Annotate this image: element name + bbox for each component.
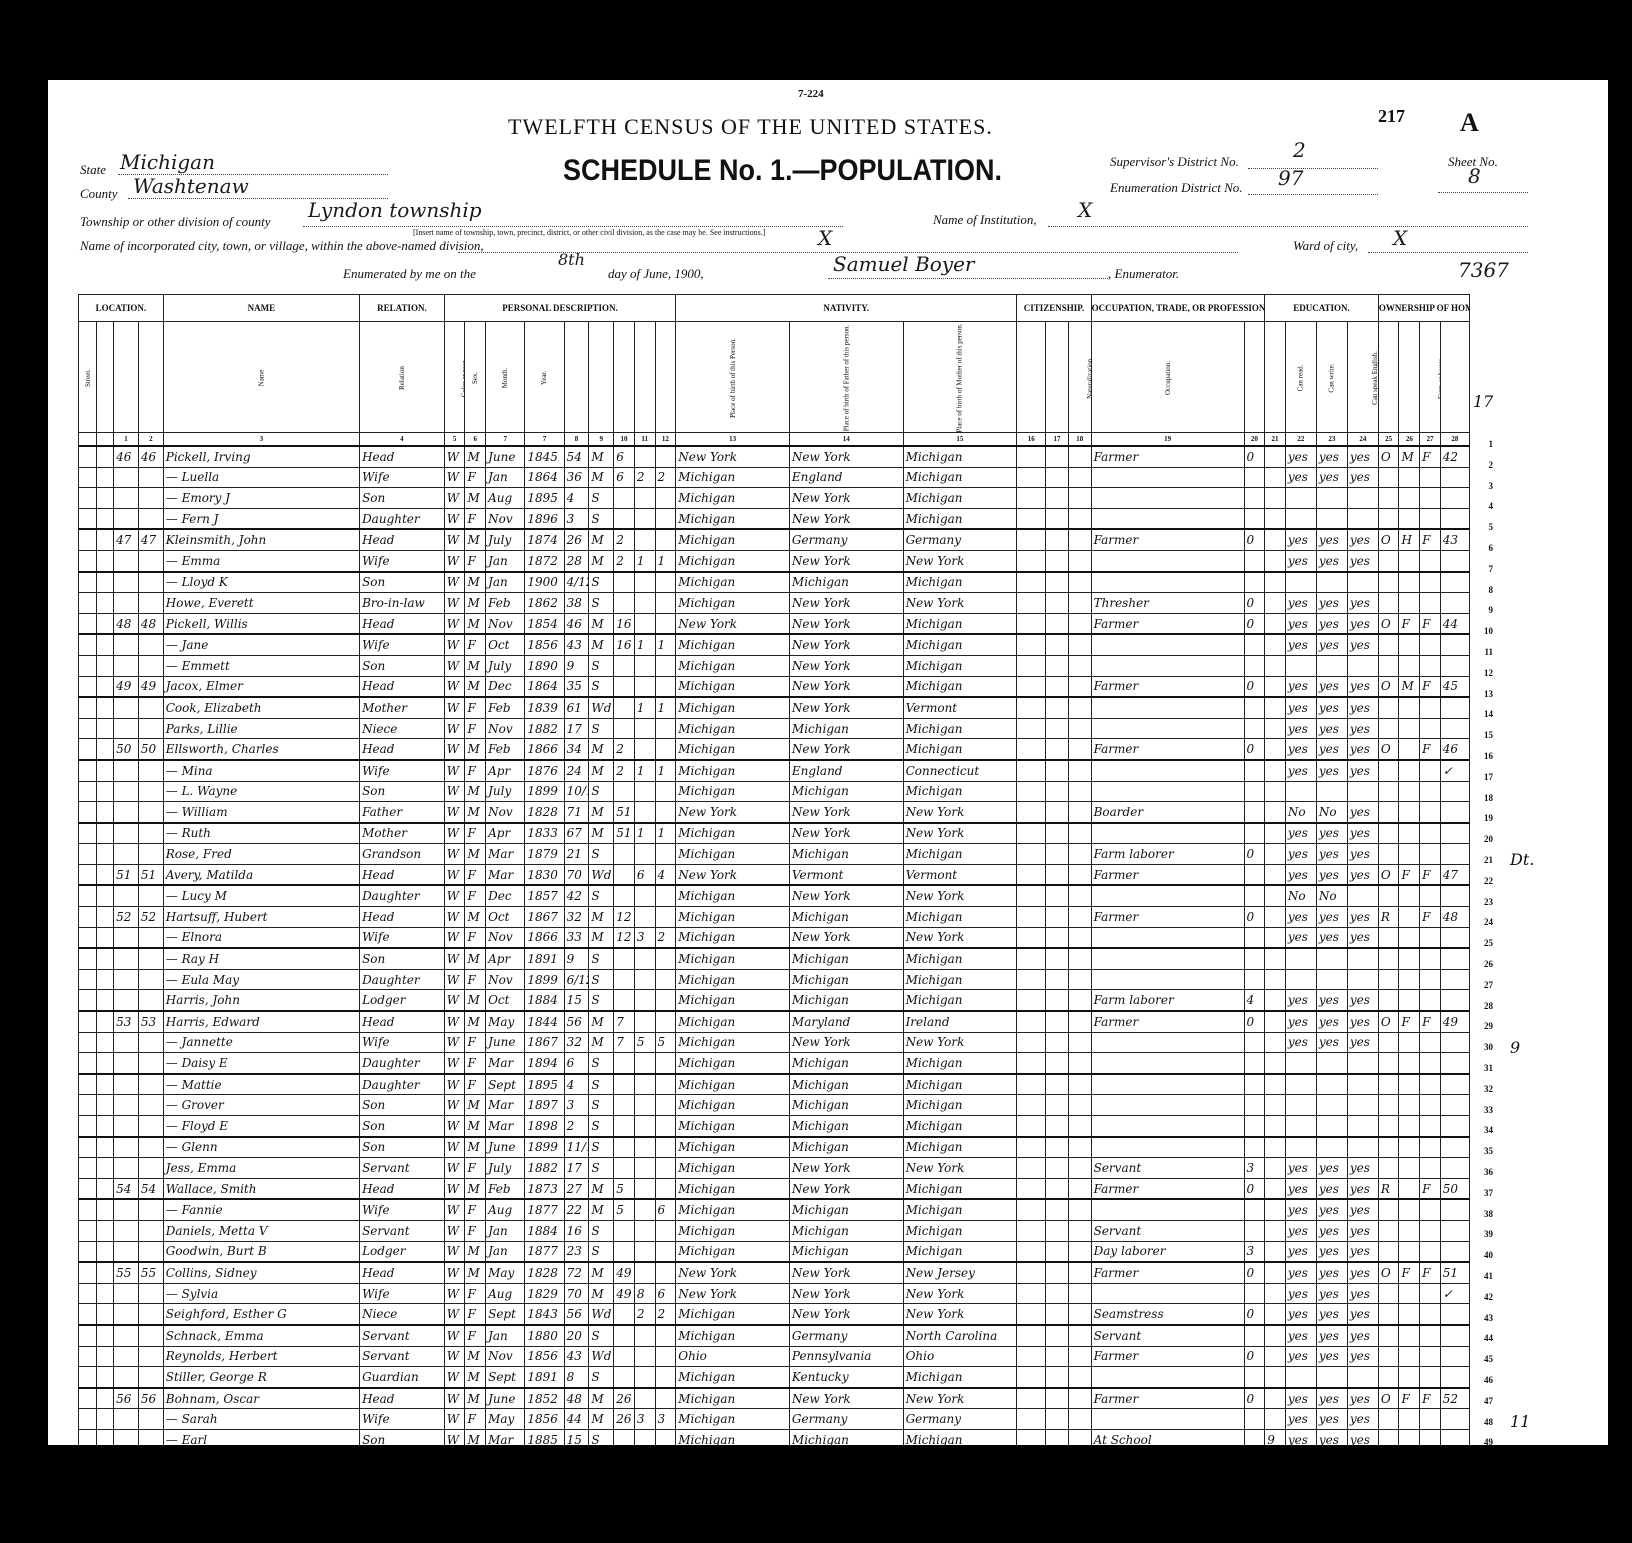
cell-occ (1091, 697, 1244, 718)
cell-dw: 54 (114, 1178, 139, 1199)
cell-race: W (444, 844, 465, 865)
cell-free (1399, 1325, 1420, 1346)
table-row: Stiller, George RGuardianWMSept18918SMic… (79, 1367, 1470, 1388)
cell-race: W (444, 467, 465, 488)
cell-rel: Wife (360, 634, 445, 655)
group-education: EDUCATION. (1265, 295, 1379, 322)
cell-eng (1347, 1095, 1378, 1116)
cell-own (1378, 1158, 1399, 1179)
cell-liv: 1 (655, 823, 676, 844)
cell-own (1378, 1409, 1399, 1430)
cell-month: Mar (486, 1053, 525, 1074)
cell-write: yes (1316, 613, 1347, 634)
cell-pob: Michigan (676, 1074, 790, 1095)
cell-fpob: Michigan (789, 948, 903, 969)
table-row: 4646Pickell, IrvingHeadWMJune184554M6New… (79, 446, 1470, 467)
cell-month: July (486, 529, 525, 550)
cell-moth (634, 1346, 655, 1367)
cell-empty (1017, 655, 1046, 676)
cell-moth (634, 1116, 655, 1137)
cell-empty (1068, 634, 1091, 655)
cell-dw: 51 (114, 864, 139, 885)
cell-fam: 46 (138, 446, 163, 467)
cell-unemp: 0 (1244, 676, 1265, 697)
cell-own (1378, 990, 1399, 1011)
cell-empty (1017, 1158, 1046, 1179)
cell-own (1378, 572, 1399, 593)
cell-year: 1899 (525, 969, 564, 990)
cell-yrs (614, 488, 635, 509)
cell-race: W (444, 760, 465, 781)
line-number: 44 (1473, 1333, 1493, 1343)
cell-empty (1017, 1409, 1046, 1430)
enumeration-label: Enumeration District No. (1110, 180, 1243, 196)
cell-dw (114, 467, 139, 488)
cell-year: 1828 (525, 1262, 564, 1283)
cell-empty (1017, 593, 1046, 614)
cell-fam (138, 823, 163, 844)
cell-age: 61 (564, 697, 589, 718)
cell-empty (1017, 781, 1046, 802)
cell-liv (655, 1178, 676, 1199)
cell-fpob: New York (789, 697, 903, 718)
cell-year: 1867 (525, 907, 564, 928)
cell-age: 10/12 (564, 781, 589, 802)
table-row: 5555Collins, SidneyHeadWMMay182872M49New… (79, 1262, 1470, 1283)
cell-sex: M (465, 446, 486, 467)
cell-read: yes (1285, 823, 1316, 844)
cell-mpob: Connecticut (903, 760, 1017, 781)
cell-empty (1017, 529, 1046, 550)
cell-ms: S (589, 1095, 614, 1116)
cell-occ (1091, 927, 1244, 948)
cell-sch (1265, 634, 1286, 655)
cell-eng: yes (1347, 1241, 1378, 1262)
cell-farm (1420, 781, 1441, 802)
cell-sch (1265, 864, 1286, 885)
cell-empty (1046, 1304, 1069, 1325)
cell-empty (1068, 1241, 1091, 1262)
cell-sex: M (465, 1262, 486, 1283)
cell-rel: Lodger (360, 990, 445, 1011)
cell-write (1316, 488, 1347, 509)
cell-occ: Boarder (1091, 802, 1244, 823)
cell-sched: 52 (1440, 1388, 1469, 1409)
line-number: 20 (1473, 834, 1493, 844)
cell-year: 1877 (525, 1241, 564, 1262)
cell-age: 9 (564, 948, 589, 969)
cell-sex: M (465, 844, 486, 865)
cell-unemp (1244, 488, 1265, 509)
cell-empty (96, 1388, 114, 1409)
cell-free (1399, 1304, 1420, 1325)
cell-eng: yes (1347, 1388, 1378, 1409)
cell-sch (1265, 969, 1286, 990)
township-value: Lyndon township (308, 198, 482, 222)
cell-eng: yes (1347, 1220, 1378, 1241)
cell-rel: Son (360, 1095, 445, 1116)
cell-eng: yes (1347, 864, 1378, 885)
cell-fam (138, 1325, 163, 1346)
cell-mpob: Michigan (903, 1116, 1017, 1137)
cell-farm (1420, 550, 1441, 571)
cell-sex: M (465, 1011, 486, 1032)
cell-race: W (444, 885, 465, 906)
cell-liv: 6 (655, 1199, 676, 1220)
table-row: 5454Wallace, SmithHeadWMFeb187327M5Michi… (79, 1178, 1470, 1199)
table-row: Daniels, Metta VServantWFJan188416SMichi… (79, 1220, 1470, 1241)
cell-write: yes (1316, 760, 1347, 781)
cell-empty (1046, 739, 1069, 760)
cell-month: Dec (486, 885, 525, 906)
cell-empty (1068, 1158, 1091, 1179)
cell-write: yes (1316, 1304, 1347, 1325)
cell-farm (1420, 593, 1441, 614)
cell-sex: F (465, 697, 486, 718)
cell-year: 1879 (525, 844, 564, 865)
cell-rel: Wife (360, 550, 445, 571)
column-number: 25 (1378, 433, 1399, 447)
cell-age: 15 (564, 990, 589, 1011)
cell-empty (79, 634, 97, 655)
cell-sex: F (465, 1325, 486, 1346)
cell-pob: New York (676, 446, 790, 467)
cell-pob: Michigan (676, 1095, 790, 1116)
line-number: 35 (1473, 1146, 1493, 1156)
cell-sch (1265, 1095, 1286, 1116)
cell-race: W (444, 1158, 465, 1179)
cell-ms: S (589, 1137, 614, 1158)
cell-own (1378, 697, 1399, 718)
cell-month: Apr (486, 948, 525, 969)
cell-eng: yes (1347, 1346, 1378, 1367)
cell-own (1378, 823, 1399, 844)
cell-rel: Wife (360, 467, 445, 488)
cell-sex: M (465, 593, 486, 614)
cell-sch (1265, 990, 1286, 1011)
cell-age: 67 (564, 823, 589, 844)
table-row: — Ray HSonWMApr18919SMichiganMichiganMic… (79, 948, 1470, 969)
cell-write: yes (1316, 718, 1347, 739)
cell-rel: Head (360, 864, 445, 885)
cell-sex: F (465, 1032, 486, 1053)
cell-empty (96, 1409, 114, 1430)
cell-race: W (444, 802, 465, 823)
column-header: Attended school (in months). (1265, 322, 1286, 433)
cell-empty (1017, 823, 1046, 844)
cell-rel: Servant (360, 1346, 445, 1367)
cell-occ: Farmer (1091, 1346, 1244, 1367)
cell-empty (1046, 634, 1069, 655)
cell-moth (634, 1158, 655, 1179)
column-header: Can read. (1285, 322, 1316, 433)
cell-write (1316, 1053, 1347, 1074)
cell-moth (634, 802, 655, 823)
cell-fpob: Michigan (789, 1074, 903, 1095)
column-number: 3 (163, 433, 359, 447)
cell-empty (96, 927, 114, 948)
cell-sch (1265, 1199, 1286, 1220)
cell-sch (1265, 1241, 1286, 1262)
cell-empty (1046, 990, 1069, 1011)
cell-eng: yes (1347, 613, 1378, 634)
line-number: 10 (1473, 626, 1493, 636)
cell-empty (96, 1262, 114, 1283)
cell-empty (1068, 529, 1091, 550)
cell-fpob: New York (789, 1262, 903, 1283)
cell-mpob: New York (903, 1304, 1017, 1325)
cell-month: Feb (486, 593, 525, 614)
cell-month: Jan (486, 550, 525, 571)
cell-empty (79, 802, 97, 823)
cell-year: 1890 (525, 655, 564, 676)
cell-own (1378, 488, 1399, 509)
cell-write: yes (1316, 1178, 1347, 1199)
cell-pob: Michigan (676, 508, 790, 529)
cell-sched: ✓ (1440, 760, 1469, 781)
cell-name: — Fern J (163, 508, 359, 529)
cell-month: Oct (486, 634, 525, 655)
cell-fpob: Michigan (789, 844, 903, 865)
cell-empty (1017, 1095, 1046, 1116)
cell-read (1285, 1367, 1316, 1388)
cell-empty (79, 676, 97, 697)
cell-race: W (444, 508, 465, 529)
enumeration-value: 97 (1278, 166, 1303, 190)
cell-own: O (1378, 529, 1399, 550)
cell-month: Nov (486, 969, 525, 990)
cell-eng (1347, 969, 1378, 990)
cell-pob: Michigan (676, 1241, 790, 1262)
cell-fpob: Michigan (789, 718, 903, 739)
cell-yrs: 2 (614, 760, 635, 781)
cell-mpob: Michigan (903, 1095, 1017, 1116)
census-title: TWELFTH CENSUS OF THE UNITED STATES. (508, 114, 993, 140)
cell-month: Nov (486, 927, 525, 948)
cell-fpob: Maryland (789, 1011, 903, 1032)
cell-fam (138, 1095, 163, 1116)
cell-own (1378, 1346, 1399, 1367)
cell-occ: Farmer (1091, 739, 1244, 760)
cell-own (1378, 1116, 1399, 1137)
cell-occ: Servant (1091, 1220, 1244, 1241)
cell-eng (1347, 1137, 1378, 1158)
cell-read: yes (1285, 990, 1316, 1011)
column-header: Year. (525, 322, 564, 433)
cell-fpob: New York (789, 885, 903, 906)
cell-ms: S (589, 1367, 614, 1388)
cell-year: 1830 (525, 864, 564, 885)
cell-age: 4 (564, 488, 589, 509)
cell-farm (1420, 760, 1441, 781)
cell-farm: F (1420, 446, 1441, 467)
cell-mpob: Michigan (903, 488, 1017, 509)
cell-age: 38 (564, 593, 589, 614)
cell-fpob: New York (789, 1304, 903, 1325)
cell-age: 71 (564, 802, 589, 823)
cell-unemp (1244, 1095, 1265, 1116)
cell-empty (79, 446, 97, 467)
cell-race: W (444, 1116, 465, 1137)
cell-occ (1091, 550, 1244, 571)
table-row: — Floyd ESonWMMar18982SMichiganMichiganM… (79, 1116, 1470, 1137)
cell-free (1399, 802, 1420, 823)
cell-empty (1068, 446, 1091, 467)
cell-yrs (614, 1137, 635, 1158)
cell-eng: yes (1347, 802, 1378, 823)
cell-sex: M (465, 655, 486, 676)
cell-race: W (444, 1241, 465, 1262)
line-number: 8 (1473, 585, 1493, 595)
cell-age: 34 (564, 739, 589, 760)
cell-occ (1091, 1116, 1244, 1137)
cell-empty (79, 1032, 97, 1053)
table-row: — GlennSonWMJune189911/12SMichiganMichig… (79, 1137, 1470, 1158)
cell-empty (79, 508, 97, 529)
cell-empty (1068, 613, 1091, 634)
cell-sch (1265, 488, 1286, 509)
cell-write (1316, 969, 1347, 990)
table-row: 5656Bohnam, OscarHeadWMJune185248M26Mich… (79, 1388, 1470, 1409)
cell-name: — Sylvia (163, 1283, 359, 1304)
cell-empty (1046, 1262, 1069, 1283)
cell-farm (1420, 1241, 1441, 1262)
cell-sched: 46 (1440, 739, 1469, 760)
cell-empty (79, 760, 97, 781)
cell-empty (96, 655, 114, 676)
cell-empty (1017, 1011, 1046, 1032)
cell-fam (138, 488, 163, 509)
cell-free (1399, 1367, 1420, 1388)
cell-sex: F (465, 1053, 486, 1074)
page-number: 217 (1378, 106, 1405, 127)
column-header: Place of birth of Mother of this person. (903, 322, 1017, 433)
table-row: — Emory JSonWMAug18954SMichiganNew YorkM… (79, 488, 1470, 509)
cell-eng: yes (1347, 697, 1378, 718)
cell-farm (1420, 1158, 1441, 1179)
cell-fam (138, 1074, 163, 1095)
cell-liv (655, 885, 676, 906)
cell-empty (79, 990, 97, 1011)
ward-value: X (1393, 226, 1407, 250)
cell-moth (634, 529, 655, 550)
cell-sex: M (465, 781, 486, 802)
cell-occ: Farmer (1091, 907, 1244, 928)
cell-fam (138, 1346, 163, 1367)
cell-rel: Daughter (360, 969, 445, 990)
cell-name: — L. Wayne (163, 781, 359, 802)
cell-yrs (614, 885, 635, 906)
cell-fam (138, 990, 163, 1011)
cell-farm (1420, 697, 1441, 718)
cell-ms: M (589, 802, 614, 823)
cell-yrs (614, 676, 635, 697)
cell-rel: Bro-in-law (360, 593, 445, 614)
table-row: — WilliamFatherWMNov182871M51New YorkNew… (79, 802, 1470, 823)
cell-sex: M (465, 488, 486, 509)
cell-empty (96, 1116, 114, 1137)
cell-occ (1091, 1095, 1244, 1116)
cell-sch (1265, 844, 1286, 865)
cell-empty (1046, 1283, 1069, 1304)
cell-yrs (614, 697, 635, 718)
cell-fam (138, 1158, 163, 1179)
cell-write (1316, 1367, 1347, 1388)
cell-sex: F (465, 1199, 486, 1220)
cell-yrs (614, 1325, 635, 1346)
cell-month: Aug (486, 1283, 525, 1304)
group-name: NAME (163, 295, 359, 322)
column-number: 11 (634, 433, 655, 447)
cell-sex: F (465, 550, 486, 571)
cell-yrs (614, 1095, 635, 1116)
cell-yrs: 16 (614, 634, 635, 655)
cell-read: yes (1285, 613, 1316, 634)
cell-pob: Michigan (676, 655, 790, 676)
cell-fam (138, 1367, 163, 1388)
column-number: 19 (1091, 433, 1244, 447)
cell-empty (1068, 572, 1091, 593)
cell-moth (634, 907, 655, 928)
cell-year: 1833 (525, 823, 564, 844)
cell-rel: Head (360, 446, 445, 467)
cell-liv (655, 1388, 676, 1409)
cell-rel: Mother (360, 697, 445, 718)
cell-farm (1420, 467, 1441, 488)
cell-month: Dec (486, 676, 525, 697)
cell-year: 1852 (525, 1388, 564, 1409)
cell-empty (1017, 1346, 1046, 1367)
cell-own (1378, 1032, 1399, 1053)
cell-fpob: New York (789, 1178, 903, 1199)
table-row: — L. WayneSonWMJuly189910/12SMichiganMic… (79, 781, 1470, 802)
cell-empty (1068, 1199, 1091, 1220)
cell-liv (655, 613, 676, 634)
cell-pob: Michigan (676, 1011, 790, 1032)
cell-fpob: New York (789, 927, 903, 948)
cell-sex: M (465, 739, 486, 760)
cell-sch (1265, 781, 1286, 802)
cell-empty (1068, 823, 1091, 844)
cell-write: yes (1316, 927, 1347, 948)
cell-free (1399, 1178, 1420, 1199)
cell-write: yes (1316, 1241, 1347, 1262)
cell-month: Mar (486, 864, 525, 885)
cell-write (1316, 572, 1347, 593)
cell-mpob: Ireland (903, 1011, 1017, 1032)
cell-write: yes (1316, 467, 1347, 488)
cell-unemp: 0 (1244, 446, 1265, 467)
cell-race: W (444, 990, 465, 1011)
cell-farm (1420, 1283, 1441, 1304)
group-location: LOCATION. (79, 295, 164, 322)
cell-year: 1898 (525, 1116, 564, 1137)
cell-eng (1347, 488, 1378, 509)
cell-empty (1017, 508, 1046, 529)
cell-own (1378, 969, 1399, 990)
cell-fpob: New York (789, 676, 903, 697)
township-hint: [Insert name of township, town, precinct… (413, 228, 765, 237)
cell-free (1399, 488, 1420, 509)
line-number: 12 (1473, 668, 1493, 678)
cell-fam: 56 (138, 1388, 163, 1409)
cell-sched (1440, 1199, 1469, 1220)
cell-free (1399, 1158, 1420, 1179)
cell-year: 1873 (525, 1178, 564, 1199)
cell-month: May (486, 1262, 525, 1283)
cell-year: 1877 (525, 1199, 564, 1220)
cell-occ: Servant (1091, 1158, 1244, 1179)
